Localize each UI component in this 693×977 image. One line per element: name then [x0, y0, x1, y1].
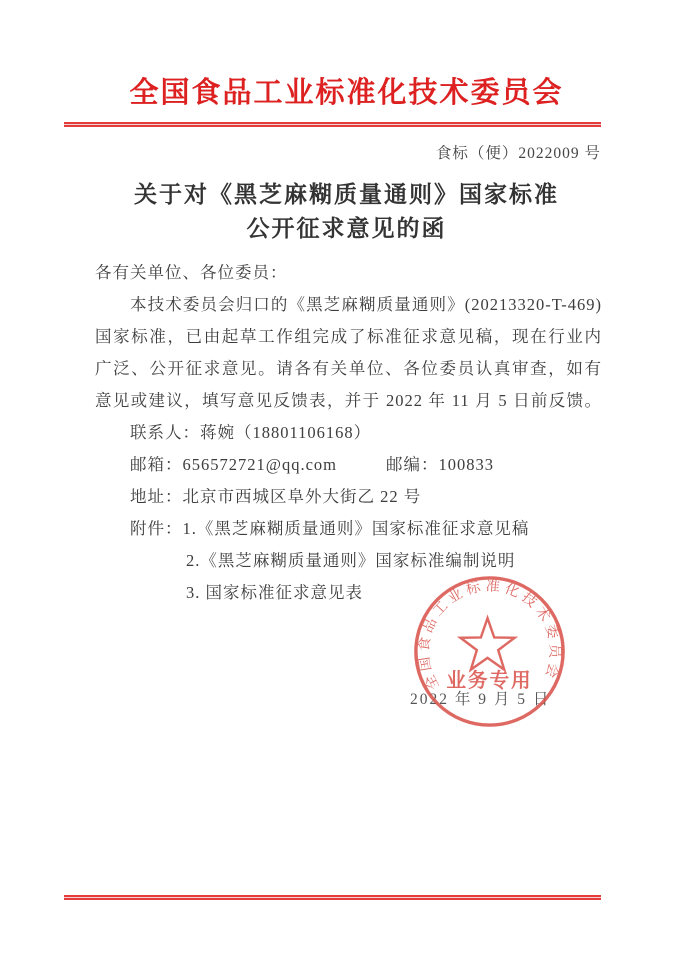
letter-body: 各有关单位、各位委员： 本技术委员会归口的《黑芝麻糊质量通则》(20213320… [95, 257, 602, 609]
official-seal: 全国食品工业标准化技术委员会 业务专用 [411, 573, 568, 730]
document-title-line2: 公开征求意见的函 [0, 211, 693, 245]
letterhead-divider-line [64, 122, 601, 127]
address-line: 地址：北京市西城区阜外大街乙 22 号 [95, 481, 602, 513]
paragraph-line: 国家标准，已由起草工作组完成了标准征求意见稿，现在行业内 [95, 321, 602, 353]
document-title-line1: 关于对《黑芝麻糊质量通则》国家标准 [0, 177, 693, 211]
salutation: 各有关单位、各位委员： [95, 257, 602, 289]
contact-person-line: 联系人：蒋婉（18801106168） [95, 417, 602, 449]
paragraph-line: 意见或建议，填写意见反馈表，并于 2022 年 11 月 5 日前反馈。 [95, 385, 602, 417]
attachment-item: 1.《黑芝麻糊质量通则》国家标准征求意见稿 [183, 519, 530, 538]
seal-star-icon [460, 618, 514, 670]
attachments-label: 附件： [130, 519, 183, 538]
letterhead-org-name: 全国食品工业标准化技术委员会 [0, 70, 693, 111]
postcode-value: 邮编：100833 [386, 449, 494, 481]
paragraph-line: 广泛、公开征求意见。请各有关单位、各位委员认真审查，如有 [95, 353, 602, 385]
attachment-line-1: 附件：1.《黑芝麻糊质量通则》国家标准征求意见稿 [95, 513, 602, 545]
scanned-letter-page: 全国食品工业标准化技术委员会 食标（便）2022009 号 关于对《黑芝麻糊质量… [0, 0, 693, 977]
paragraph-line: 本技术委员会归口的《黑芝麻糊质量通则》(20213320-T-469) [95, 289, 602, 321]
email-postcode-line: 邮箱：656572721@qq.com 邮编：100833 [95, 449, 602, 481]
seal-label: 业务专用 [446, 669, 532, 692]
email-value: 邮箱：656572721@qq.com [130, 455, 337, 474]
footer-divider-line [64, 895, 601, 900]
document-title: 关于对《黑芝麻糊质量通则》国家标准 公开征求意见的函 [0, 177, 693, 245]
document-number: 食标（便）2022009 号 [436, 141, 601, 163]
